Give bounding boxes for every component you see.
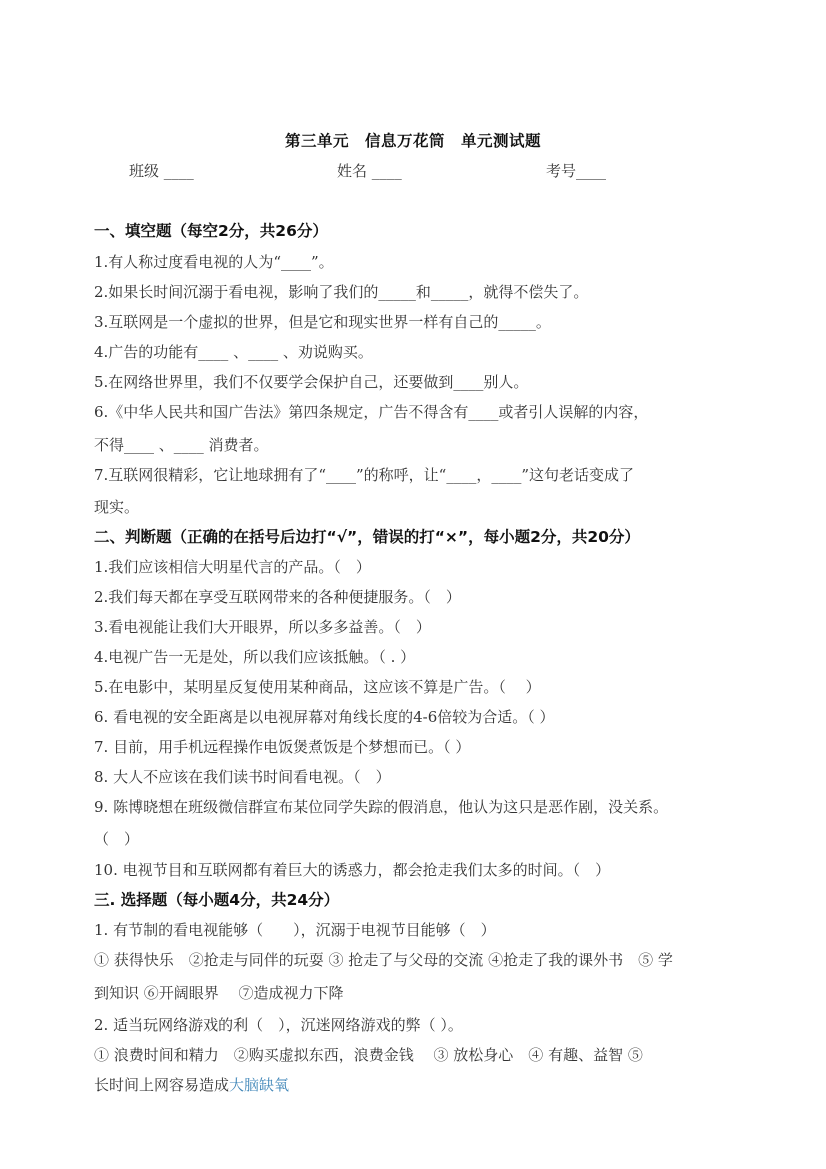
question-line: 4.广告的功能有____ 、____ 、劝说购买。 [94, 342, 373, 362]
name-field: 姓名 ____ [337, 160, 402, 181]
question-line: 1.我们应该相信大明星代言的产品。（ ） [94, 557, 371, 577]
option-text: 长时间上网容易造成 [94, 1076, 229, 1094]
question-line: 6.《中华人民共和国广告法》第四条规定，广告不得含有____或者引人误解的内容， [94, 402, 648, 422]
section-heading-multiple-choice: 三. 选择题（每小题4分，共24分） [94, 890, 339, 910]
question-line: 2.我们每天都在享受互联网带来的各种便捷服务。（ ） [94, 587, 461, 607]
option-line: ① 获得快乐 ②抢走与同伴的玩耍 ③ 抢走了与父母的交流 ④抢走了我的课外书 ⑤… [94, 950, 673, 970]
question-line: 7.互联网很精彩，它让地球拥有了“____”的称呼，让“____，____”这句… [94, 465, 634, 485]
question-line: 5.在网络世界里，我们不仅要学会保护自己，还要做到____别人。 [94, 372, 528, 392]
question-line: 3.互联网是一个虚拟的世界，但是它和现实世界一样有自己的_____。 [94, 312, 551, 332]
question-line: 4.电视广告一无是处，所以我们应该抵触。（ . ） [94, 647, 415, 667]
option-line: 长时间上网容易造成大脑缺氧 [94, 1075, 289, 1095]
question-line: 1.有人称过度看电视的人为“____”。 [94, 252, 334, 272]
document-page: 第三单元 信息万花筒 单元测试题 班级 ____ 姓名 ____ 考号____ … [0, 0, 826, 1169]
question-line: 2. 适当玩网络游戏的利（ ），沉迷网络游戏的弊（ ）。 [94, 1015, 463, 1035]
page-title: 第三单元 信息万花筒 单元测试题 [0, 129, 826, 151]
option-line: 到知识 ⑥开阔眼界 ⑦造成视力下降 [94, 983, 344, 1003]
class-field: 班级 ____ [129, 160, 194, 181]
question-line: 6. 看电视的安全距离是以电视屏幕对角线长度的4-6倍较为合适。（ ） [94, 707, 555, 727]
section-heading-fill-blank: 一、填空题（每空2分，共26分） [94, 221, 328, 241]
question-line: 5.在电影中，某明星反复使用某种商品，这应该不算是广告。（ ） [94, 677, 541, 697]
question-line: 9. 陈博晓想在班级微信群宣布某位同学失踪的假消息，他认为这只是恶作剧，没关系。 [94, 797, 668, 817]
question-line: 7. 目前，用手机远程操作电饭煲煮饭是个梦想而已。（ ） [94, 737, 470, 757]
exam-number-field: 考号____ [546, 160, 606, 181]
question-line: 1. 有节制的看电视能够（ ），沉溺于电视节目能够（ ） [94, 920, 496, 940]
name-blank: ____ [372, 162, 402, 180]
question-line: （ ） [94, 829, 139, 849]
exam-number-label: 考号 [546, 162, 576, 180]
question-line: 10. 电视节目和互联网都有着巨大的诱惑力，都会抢走我们太多的时间。（ ） [94, 860, 610, 880]
section-heading-true-false: 二、判断题（正确的在括号后边打“√”，错误的打“×”，每小题2分，共20分） [94, 527, 640, 547]
question-line: 3.看电视能让我们大开眼界，所以多多益善。（ ） [94, 617, 431, 637]
question-line: 8. 大人不应该在我们读书时间看电视。（ ） [94, 767, 391, 787]
question-line: 2.如果长时间沉溺于看电视，影响了我们的_____和_____，就得不偿失了。 [94, 282, 588, 302]
question-line: 不得____ 、____ 消费者。 [94, 435, 269, 455]
class-blank: ____ [164, 162, 194, 180]
exam-number-blank: ____ [576, 162, 606, 180]
class-label: 班级 [129, 162, 164, 180]
hyperlink-brain-hypoxia[interactable]: 大脑缺氧 [229, 1076, 289, 1094]
option-line: ① 浪费时间和精力 ②购买虚拟东西，浪费金钱 ③ 放松身心 ④ 有趣、益智 ⑤ [94, 1045, 643, 1065]
question-line: 现实。 [94, 497, 139, 517]
name-label: 姓名 [337, 162, 372, 180]
